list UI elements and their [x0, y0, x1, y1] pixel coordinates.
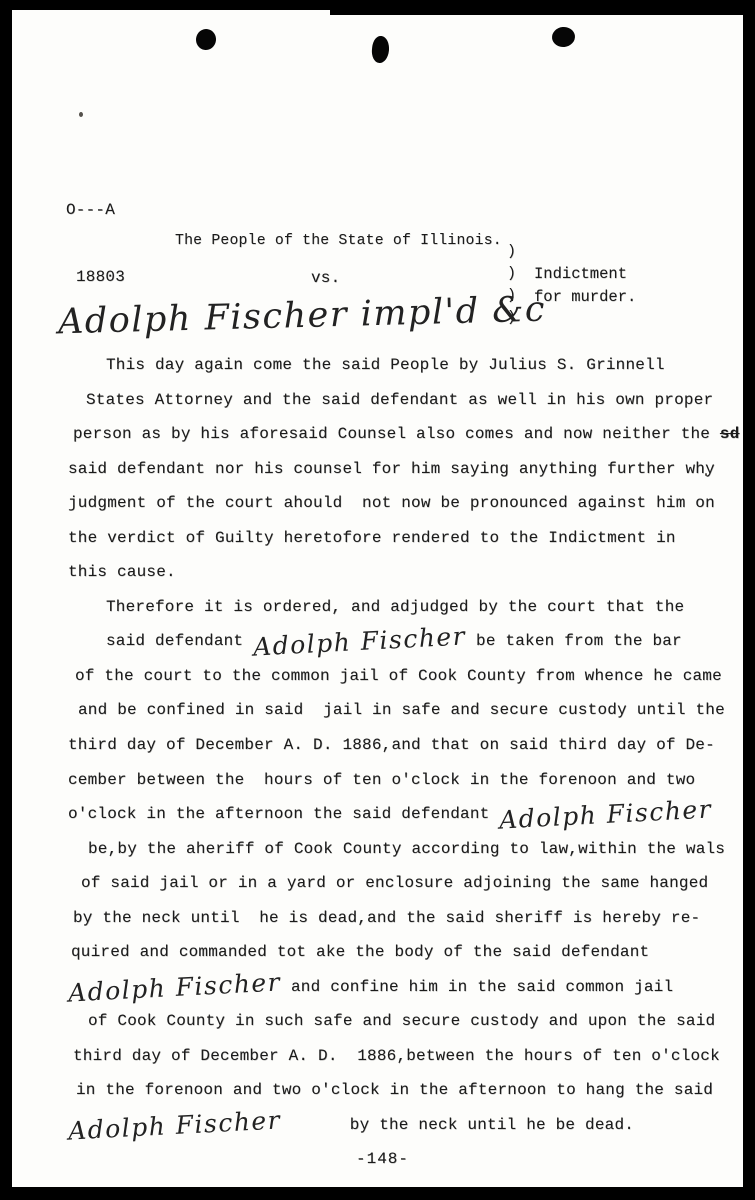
- scan-border-right: [743, 0, 755, 1200]
- typewritten-text: be taken from the bar: [466, 632, 682, 650]
- binder-hole-mark-icon: [371, 35, 391, 64]
- document-line: o'clock in the afternoon the said defend…: [68, 801, 738, 836]
- page-number: -148-: [356, 1150, 409, 1168]
- typewritten-text: said defendant nor his counsel for him s…: [68, 460, 715, 478]
- document-line: person as by his aforesaid Counsel also …: [68, 421, 738, 456]
- typewritten-text: by the neck until he is dead,and the sai…: [73, 909, 700, 927]
- bracket-char: ): [507, 241, 516, 263]
- typewritten-text: third day of December A. D. 1886,between…: [73, 1047, 720, 1065]
- document-line: quired and commanded tot ake the body of…: [68, 939, 738, 974]
- document-line: Therefore it is ordered, and adjudged by…: [68, 594, 738, 629]
- typewritten-text: and confine him in the said common jail: [281, 978, 673, 996]
- handwritten-name: Adolph Fischer: [67, 969, 281, 1005]
- scanned-document-page: O---A The People of the State of Illinoi…: [0, 0, 755, 1200]
- scan-border-bottom: [0, 1187, 755, 1200]
- scan-border-top-thick: [330, 0, 755, 15]
- typewritten-text: and be confined in said jail in safe and…: [78, 701, 725, 719]
- typewritten-text: o'clock in the afternoon the said defend…: [68, 805, 499, 823]
- handwritten-name: Adolph Fischer: [253, 624, 467, 660]
- typewritten-text: of Cook County in such safe and secure c…: [88, 1012, 715, 1030]
- typewritten-text: of the court to the common jail of Cook …: [75, 667, 722, 685]
- case-type-line2: for murder.: [534, 288, 636, 306]
- document-line: and be confined in said jail in safe and…: [68, 697, 738, 732]
- document-line: judgment of the court ahould not now be …: [68, 490, 738, 525]
- document-line: of Cook County in such safe and secure c…: [68, 1008, 738, 1043]
- document-line: by the neck until he is dead,and the sai…: [68, 905, 738, 940]
- document-line: This day again come the said People by J…: [68, 352, 738, 387]
- case-type-line1: Indictment: [534, 265, 627, 283]
- document-line: in the forenoon and two o'clock in the a…: [68, 1077, 738, 1112]
- document-line: said defendant nor his counsel for him s…: [68, 456, 738, 491]
- form-code: O---A: [66, 201, 115, 219]
- typewritten-text: judgment of the court ahould not now be …: [68, 494, 715, 512]
- document-body: This day again come the said People by J…: [68, 352, 738, 1147]
- scan-border-left: [0, 0, 12, 1200]
- document-line: of the court to the common jail of Cook …: [68, 663, 738, 698]
- typewritten-text: of said jail or in a yard or enclosure a…: [81, 874, 708, 892]
- document-line: States Attorney and the said defendant a…: [68, 387, 738, 422]
- typewritten-text: said defendant: [106, 632, 253, 650]
- document-line: cember between the hours of ten o'clock …: [68, 767, 738, 802]
- typewritten-text: third day of December A. D. 1886,and tha…: [68, 736, 715, 754]
- typewritten-text: this cause.: [68, 563, 176, 581]
- document-line: Adolph Fischer by the neck until he be d…: [68, 1112, 738, 1147]
- typewritten-text: person as by his aforesaid Counsel also …: [73, 425, 720, 443]
- binder-hole-mark-icon: [195, 28, 218, 52]
- document-line: be,by the aheriff of Cook County accordi…: [68, 836, 738, 871]
- typewritten-text: This day again come the said People by J…: [106, 356, 665, 374]
- document-line: of said jail or in a yard or enclosure a…: [68, 870, 738, 905]
- typewritten-text: States Attorney and the said defendant a…: [86, 391, 713, 409]
- handwritten-name: Adolph Fischer: [499, 797, 713, 833]
- document-line: Adolph Fischer and confine him in the sa…: [68, 974, 738, 1009]
- scan-speck: [79, 112, 83, 117]
- binder-hole-mark-icon: [551, 26, 576, 48]
- typewritten-text: sd: [720, 425, 740, 443]
- typewritten-text: be,by the aheriff of Cook County accordi…: [88, 840, 725, 858]
- handwritten-name: Adolph Fischer: [67, 1107, 281, 1143]
- bracket-char: ): [507, 263, 516, 285]
- versus-label: vs.: [311, 269, 340, 287]
- case-title: The People of the State of Illinois.: [175, 233, 502, 249]
- typewritten-text: Therefore it is ordered, and adjudged by…: [106, 598, 684, 616]
- typewritten-text: cember between the hours of ten o'clock …: [68, 771, 695, 789]
- document-line: said defendant Adolph Fischer be taken f…: [68, 628, 738, 663]
- document-line: the verdict of Guilty heretofore rendere…: [68, 525, 738, 560]
- case-type-label: Indictment for murder.: [534, 263, 636, 308]
- defendant-name-script: Adolph Fischer impl'd &c: [58, 290, 547, 343]
- typewritten-text: in the forenoon and two o'clock in the a…: [76, 1081, 713, 1099]
- document-line: this cause.: [68, 559, 738, 594]
- case-number: 18803: [76, 268, 125, 286]
- typewritten-text: the verdict of Guilty heretofore rendere…: [68, 529, 676, 547]
- typewritten-text: by the neck until he be dead.: [281, 1116, 634, 1134]
- document-line: third day of December A. D. 1886,between…: [68, 1043, 738, 1078]
- document-line: third day of December A. D. 1886,and tha…: [68, 732, 738, 767]
- typewritten-text: quired and commanded tot ake the body of…: [71, 943, 649, 961]
